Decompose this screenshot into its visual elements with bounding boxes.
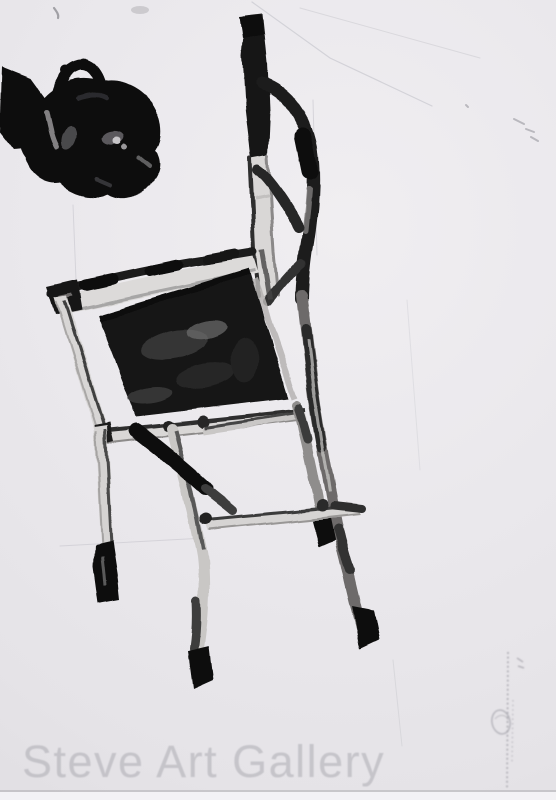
stamp-oval [490, 708, 513, 735]
pencil-smudges [466, 105, 538, 141]
scan-edge-strip [0, 792, 556, 800]
front-left-foot [188, 647, 213, 689]
rear-left-foot [94, 541, 121, 603]
drawing-canvas [0, 0, 556, 800]
rear-right-foot [352, 606, 379, 649]
watermark-text: Steve Art Gallery [22, 736, 542, 788]
artwork-photo: Steve Art Gallery [0, 0, 556, 800]
pitcher-drawing [0, 58, 161, 197]
